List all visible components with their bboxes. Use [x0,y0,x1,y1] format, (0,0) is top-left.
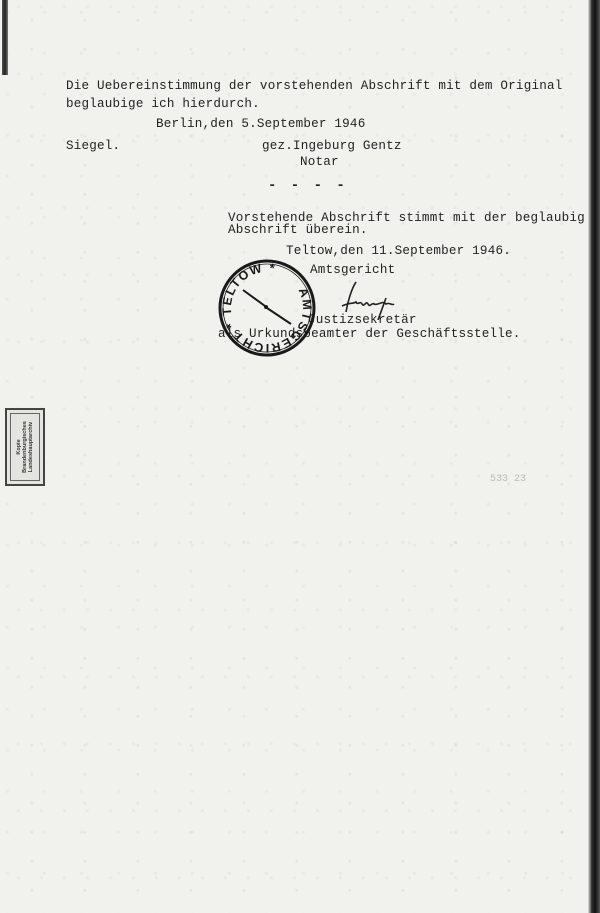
court-place-date: Teltow,den 11.September 1946. [286,244,511,258]
page-binding-edge [2,0,8,75]
court-seal: AMTSGERICHT * TELTOW * [217,258,317,358]
seal-label: Siegel. [66,139,120,153]
archive-stamp-line-3: Landeshauptarchiv [28,421,34,473]
notary-signed: gez.Ingeburg Gentz [262,139,402,153]
faint-page-marking: 533 23 [490,474,526,485]
notary-title: Notar [300,155,339,169]
page-right-edge-shadow [588,0,600,913]
certification-line-2: beglaubige ich hierdurch. [66,97,260,111]
seal-eagle-emblem [243,290,265,306]
document-page: Die Uebereinstimmung der vorstehenden Ab… [0,0,590,913]
certification-line-1: Die Uebereinstimmung der vorstehenden Ab… [66,79,562,93]
official-title: Justizsekretär [308,313,417,327]
separator: - - - - [268,178,348,194]
court-name: Amtsgericht [310,263,395,277]
archive-stamp: Kopie Brandenburgisches Landeshauptarchi… [5,408,45,486]
court-cert-line-2: Abschrift überein. [228,223,368,237]
certification-place-date: Berlin,den 5.September 1946 [156,117,365,131]
